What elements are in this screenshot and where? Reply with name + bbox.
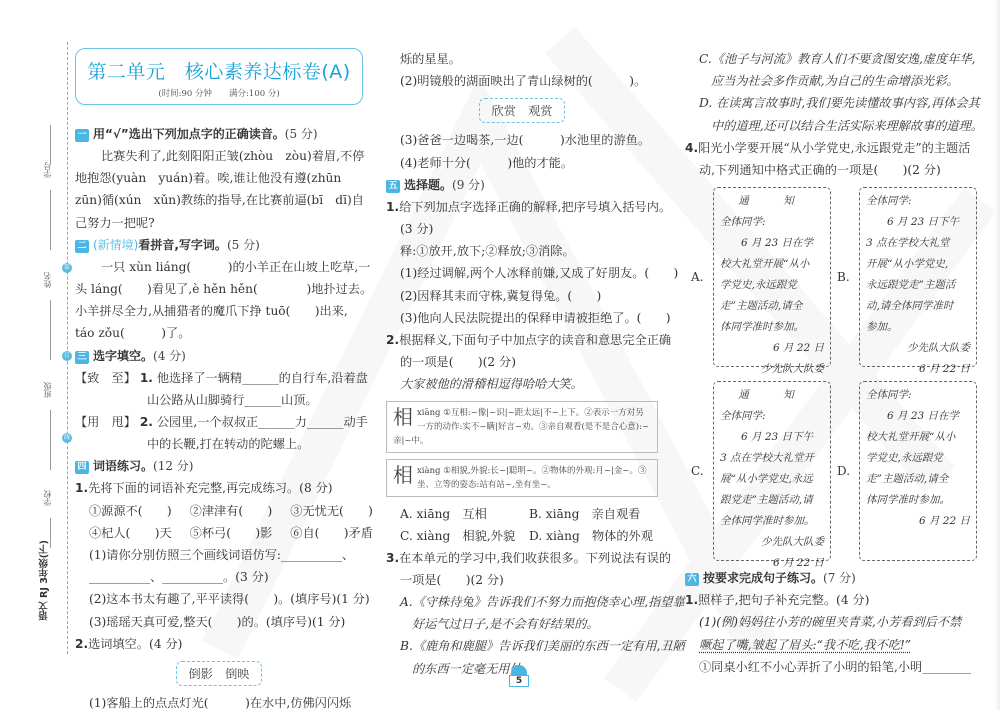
question-4-2: 2.选词填空。(4 分) bbox=[75, 633, 363, 655]
option-a[interactable]: A.《守株待兔》告诉我们不努力而抱侥幸心理,指望靠 bbox=[386, 591, 658, 613]
word-choice-box: 倒影 倒映 bbox=[75, 661, 363, 686]
book-label: 语文 RJ 3年级(下) bbox=[38, 540, 52, 620]
option-a-label[interactable]: A. bbox=[691, 270, 707, 284]
choice-item-2: 【用 甩】 2. 公园里,一个叔叔正______力______动手 bbox=[75, 411, 363, 433]
text-line: 好运气过日子,是不会有好结果的。 bbox=[386, 613, 658, 635]
cut-line bbox=[67, 42, 68, 654]
notice-d[interactable]: 全体同学: 6 月 23 日在学 校大礼堂开展“从小 学党史,永远跟党 走”主题… bbox=[859, 381, 977, 561]
word-choice-box: 欣赏 观赏 bbox=[386, 98, 658, 123]
text-line: 的一项是( )(2 分) bbox=[386, 351, 658, 373]
exam-page: 学号 姓名 班级 学校 语文 RJ 3年级(下) 装 订 线 第二单元 核心素养… bbox=[0, 0, 1000, 710]
option-d[interactable]: D. xiàng 物体的外观 bbox=[529, 525, 658, 547]
example-sentence: 大家被他的滑稽相逗得哈哈大笑。 bbox=[386, 373, 658, 395]
answer-line[interactable]: ①同桌小红不小心弄折了小明的铅笔,小明________ bbox=[685, 656, 960, 678]
text-line: 烁的星星。 bbox=[386, 48, 658, 70]
option-b-label[interactable]: B. bbox=[837, 270, 853, 284]
page-edge bbox=[994, 0, 1000, 710]
section-badge: 二 bbox=[75, 240, 89, 253]
binding-margin: 学号 姓名 班级 学校 语文 RJ 3年级(下) bbox=[0, 40, 60, 640]
question-5-3: 3.在本单元的学习中,我们收获很多。下列说法有误的 bbox=[386, 547, 658, 569]
divider bbox=[50, 300, 51, 360]
choice-item-1: 【致 至】 1. 他选择了一辆精______的自行车,沿着盘 bbox=[75, 367, 363, 389]
title-box: 第二单元 核心素养达标卷(A) (时间:90 分钟 满分:100 分) bbox=[75, 48, 363, 105]
page-subtitle: (时间:90 分钟 满分:100 分) bbox=[82, 87, 356, 99]
divider bbox=[50, 410, 51, 470]
option-d-label[interactable]: D. bbox=[837, 464, 853, 478]
text-line: (1)经过调解,两个人冰释前嫌,又成了好朋友。( ) bbox=[386, 262, 658, 284]
text-line: 己努力一把呢? bbox=[75, 212, 363, 234]
margin-label-name: 姓名 bbox=[42, 272, 53, 288]
word-row-2: ④杞人( )天 ⑤杯弓( )影 ⑥自( )矛盾 bbox=[75, 522, 363, 544]
text-line: 山公路从山脚骑行______山顶。 bbox=[75, 389, 363, 411]
column-2: 烁的星星。 (2)明镜般的湖面映出了青山绿树的( )。 欣赏 观赏 (3)爸爸一… bbox=[386, 48, 658, 680]
sun-icon bbox=[511, 665, 527, 675]
page-number: 5 bbox=[509, 675, 529, 687]
text-line: 地抱怨(yuàn yuán)着。唉,谁让他没有遵(zhūn bbox=[75, 167, 363, 189]
option-c[interactable]: C.《池子与河流》教育人们不要贪图安逸,虚度年华, bbox=[685, 48, 960, 70]
section-1-heading: 一用“√”选出下列加点字的正确读音。(5 分) bbox=[75, 123, 363, 145]
question-5-2: 2.根据释义,下面句子中加点字的读音和意思完全正确 bbox=[386, 329, 658, 351]
dictionary-entry-1: 相 xiāng ①互相:~像|~识|~距太远|不~上下。②表示一方对另一方的动作… bbox=[386, 401, 658, 453]
margin-label-school: 学校 bbox=[42, 490, 53, 506]
section-badge: 四 bbox=[75, 461, 89, 474]
divider bbox=[50, 125, 51, 165]
question-4-1: 1.先将下面的词语补充完整,再完成练习。(8 分) bbox=[75, 477, 363, 499]
text-line: 比赛失利了,此刻阳阳正皱(zhòu zòu)着眉,不停 bbox=[75, 145, 363, 167]
text-line: (2)明镜般的湖面映出了青山绿树的( )。 bbox=[386, 70, 658, 92]
notice-options: A. 通 知 全体同学: 6 月 23 日在学 校大礼堂开展“从小 学党史,永远… bbox=[691, 187, 960, 561]
text-line: 小羊拼尽全力,从捕猎者的魔爪下挣 tuō( )出来, bbox=[75, 300, 363, 322]
option-b[interactable]: B. xiāng 亲自观看 bbox=[529, 503, 658, 525]
cut-marker: 线 bbox=[62, 433, 72, 443]
text-line: (2)这本书太有趣了,平平读得( )。(填序号)(1 分) bbox=[75, 588, 363, 610]
text-line: (3)爸爸一边喝茶,一边( )水池里的游鱼。 bbox=[386, 129, 658, 151]
column-3: C.《池子与河流》教育人们不要贪图安逸,虚度年华, 应当为社会多作贡献,为自己的… bbox=[685, 48, 960, 678]
option-d[interactable]: D. 在读寓言故事时,我们要先读懂故事内容,再体会其 bbox=[685, 92, 960, 114]
section-badge: 五 bbox=[386, 180, 400, 193]
text-line: (1)请你分别仿照三个画线词语仿写:__________、 bbox=[75, 544, 363, 566]
new-context-tag: (新情境) bbox=[93, 238, 138, 252]
text-line: 头 láng( )看见了,è hěn hěn( )地扑过去。 bbox=[75, 278, 363, 300]
cut-marker: 装 bbox=[62, 263, 72, 273]
section-2-heading: 二(新情境)看拼音,写字词。(5 分) bbox=[75, 234, 363, 256]
answer-options: A. xiāng 互相 B. xiāng 亲自观看 C. xiàng 相貌,外貌… bbox=[386, 503, 658, 547]
cut-marker: 订 bbox=[62, 351, 72, 361]
notice-c[interactable]: 通 知 全体同学: 6 月 23 日下午 3 点在学校大礼堂开 展“从小学党史,… bbox=[713, 381, 831, 561]
section-badge: 一 bbox=[75, 129, 89, 142]
question-5-4: 4.阳光小学要开展“从小学党史,永远跟党走”的主题活 bbox=[685, 137, 960, 159]
text-line: 中的道理,还可以结合生活实际来理解故事的道理。 bbox=[685, 115, 960, 137]
text-line: 动,下列通知中格式正确的一项是( )(2 分) bbox=[685, 159, 960, 181]
section-3-heading: 三选字填空。(4 分) bbox=[75, 345, 363, 367]
text-line: (1)客船上的点点灯光( )在水中,仿佛闪闪烁 bbox=[75, 692, 363, 710]
section-4-heading: 四词语练习。(12 分) bbox=[75, 455, 363, 477]
question-6-1: 1.照样子,把句子补充完整。(4 分) bbox=[685, 589, 960, 611]
text-line: táo zǒu( )了。 bbox=[75, 322, 363, 344]
divider bbox=[50, 190, 51, 250]
text-line: 一只 xùn liáng( )的小羊正在山坡上吃草,一 bbox=[75, 256, 363, 278]
text-line: (3)瑶瑶天真可爱,整天( )的。(填序号)(1 分) bbox=[75, 611, 363, 633]
margin-label-student-id: 学号 bbox=[42, 162, 53, 178]
section-5-heading: 五选择题。(9 分) bbox=[386, 174, 658, 196]
text-line: 应当为社会多作贡献,为自己的生命增添光彩。 bbox=[685, 70, 960, 92]
page-number-badge: 5 bbox=[505, 665, 533, 687]
text-line: (3 分) bbox=[386, 218, 658, 240]
option-c-label[interactable]: C. bbox=[691, 464, 707, 478]
margin-label-class: 班级 bbox=[42, 382, 53, 398]
text-line: (3)他向人民法院提出的保释申请被拒绝了。( ) bbox=[386, 307, 658, 329]
section-6-heading: 六按要求完成句子练习。(7 分) bbox=[685, 567, 960, 589]
column-1: 第二单元 核心素养达标卷(A) (时间:90 分钟 满分:100 分) 一用“√… bbox=[75, 48, 363, 710]
notice-a[interactable]: 通 知 全体同学: 6 月 23 日在学 校大礼堂开展“从小 学党史,永远跟党 … bbox=[713, 187, 831, 367]
section-badge: 三 bbox=[75, 351, 89, 364]
dictionary-entry-2: 相 xiàng ①相貌,外貌:长~|聪明~。②物体的外观:月~|金~。③坐、立等… bbox=[386, 459, 658, 497]
text-line: 中的长鞭,打在转动的陀螺上。 bbox=[75, 433, 363, 455]
question-5-1: 1.给下列加点字选择正确的解释,把序号填入括号内。 bbox=[386, 196, 658, 218]
text-line: 一项是( )(2 分) bbox=[386, 569, 658, 591]
definition-line: 释:①放开,放下;②释放;③消除。 bbox=[386, 240, 658, 262]
page-title: 第二单元 核心素养达标卷(A) bbox=[82, 57, 356, 84]
option-a[interactable]: A. xiāng 互相 bbox=[400, 503, 529, 525]
option-c[interactable]: C. xiàng 相貌,外貌 bbox=[400, 525, 529, 547]
option-b[interactable]: B.《鹿角和鹿腿》告诉我们美丽的东西一定有用,丑陋 bbox=[386, 635, 658, 657]
section-badge: 六 bbox=[685, 573, 699, 586]
example-line: 噘起了嘴,皱起了眉头:“我不吃,我不吃!” bbox=[685, 634, 960, 656]
example-line: (1)(例)妈妈往小芳的碗里夹青菜,小芳看到后不禁 bbox=[685, 611, 960, 633]
text-line: __________、__________。(3 分) bbox=[75, 566, 363, 588]
notice-b[interactable]: 全体同学: 6 月 23 日下午 3 点在学校大礼堂 开展“从小学党史, 永远跟… bbox=[859, 187, 977, 367]
text-line: zūn)循(xún xǔn)教练的指导,在比赛前逼(bī dī)自 bbox=[75, 189, 363, 211]
text-line: (2)因释其耒而守株,冀复得兔。( ) bbox=[386, 285, 658, 307]
word-row-1: ①源源不( ) ②津津有( ) ③无忧无( ) bbox=[75, 500, 363, 522]
text-line: (4)老师十分( )他的才能。 bbox=[386, 152, 658, 174]
